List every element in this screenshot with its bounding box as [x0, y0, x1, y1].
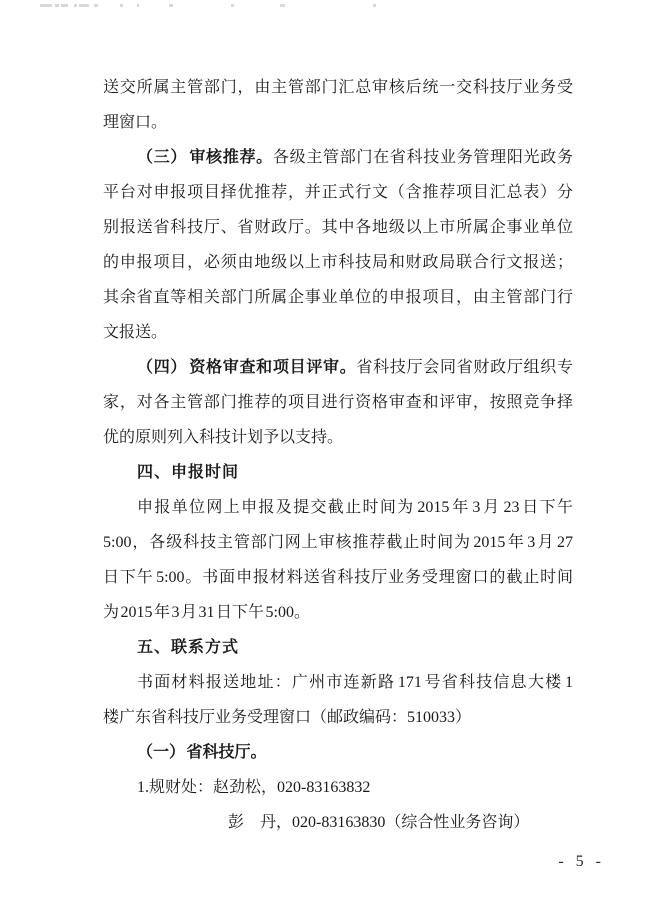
text-run: 平台对申报项目择优推荐，并正式行文（含推荐项目汇总表）分 [103, 184, 573, 201]
text-run: 各级主管部门在省科技业务管理阳光政务 [273, 149, 573, 166]
text-line: 彭 丹，020-83163830（综合性业务咨询） [103, 805, 573, 840]
text-line: 为 2015 年 3 月 31 日下午 5:00。 [103, 595, 573, 630]
text-run: 文报送。 [103, 324, 167, 341]
text-line: （一） 省科技厅。 [103, 735, 573, 770]
document-body: 送交所属主管部门，由主管部门汇总审核后统一交科技厅业务受 理窗口。 （三） 审核… [103, 70, 573, 840]
section-heading-5: 五、联系方式 [137, 639, 239, 656]
text-run: 为 2015 年 3 月 31 日下午 5:00。 [103, 604, 310, 621]
document-page: 送交所属主管部门，由主管部门汇总审核后统一交科技厅业务受 理窗口。 （三） 审核… [0, 0, 650, 918]
text-run: 楼广东省科技厅业务受理窗口（邮政编码：510033） [103, 709, 471, 726]
text-run: 5:00，各级科技主管部门网上审核推荐截止时间为 2015 年 3 月 27 [103, 534, 573, 551]
item-lead-3: （三） 审核推荐。 [137, 149, 273, 166]
text-line: 日下午 5:00。书面申报材料送省科技厅业务受理窗口的截止时间 [103, 560, 573, 595]
text-line: 平台对申报项目择优推荐，并正式行文（含推荐项目汇总表）分 [103, 175, 573, 210]
text-line: 文报送。 [103, 315, 573, 350]
contact-line: 1.规财处：赵劲松，020-83163832 [137, 779, 370, 796]
text-run: 别报送省科技厅、省财政厅。其中各地级以上市所属企事业单位 [103, 219, 573, 236]
text-line: 5:00，各级科技主管部门网上审核推荐截止时间为 2015 年 3 月 27 [103, 525, 573, 560]
text-line: 家，对各主管部门推荐的项目进行资格审查和评审，按照竞争择 [103, 385, 573, 420]
text-line: 其余省直等相关部门所属企事业单位的申报项目，由主管部门行 [103, 280, 573, 315]
text-line: 送交所属主管部门，由主管部门汇总审核后统一交科技厅业务受 [103, 70, 573, 105]
text-line: 1.规财处：赵劲松，020-83163832 [103, 770, 573, 805]
text-run: 申报单位网上申报及提交截止时间为 2015 年 3 月 23 日下午 [137, 499, 573, 516]
text-line: （三） 审核推荐。各级主管部门在省科技业务管理阳光政务 [103, 140, 573, 175]
subsection-heading-1: （一） 省科技厅。 [137, 744, 267, 761]
text-run: 理窗口。 [103, 114, 167, 131]
page-number: - 5 - [558, 853, 605, 871]
text-line: 四、申报时间 [103, 455, 573, 490]
contact-line: 彭 丹，020-83163830（综合性业务咨询） [228, 814, 529, 831]
text-run: 日下午 5:00。书面申报材料送省科技厅业务受理窗口的截止时间 [103, 569, 573, 586]
item-lead-4: （四） 资格审查和项目评审。 [137, 359, 356, 376]
section-heading-4: 四、申报时间 [137, 464, 239, 481]
text-line: 别报送省科技厅、省财政厅。其中各地级以上市所属企事业单位 [103, 210, 573, 245]
text-run: 家，对各主管部门推荐的项目进行资格审查和评审，按照竞争择 [103, 394, 573, 411]
text-line: 楼广东省科技厅业务受理窗口（邮政编码：510033） [103, 700, 573, 735]
scan-artifact [40, 4, 460, 9]
text-run: 其余省直等相关部门所属企事业单位的申报项目，由主管部门行 [103, 289, 573, 306]
text-run: 优的原则列入科技计划予以支持。 [103, 429, 343, 446]
text-line: 的申报项目，必须由地级以上市科技局和财政局联合行文报送； [103, 245, 573, 280]
text-run: 书面材料报送地址：广州市连新路 171 号省科技信息大楼 1 [137, 674, 573, 691]
text-run: 省科技厅会同省财政厅组织专 [356, 359, 573, 376]
text-line: 五、联系方式 [103, 630, 573, 665]
text-run: 的申报项目，必须由地级以上市科技局和财政局联合行文报送； [103, 254, 573, 271]
text-line: 书面材料报送地址：广州市连新路 171 号省科技信息大楼 1 [103, 665, 573, 700]
text-line: （四） 资格审查和项目评审。省科技厅会同省财政厅组织专 [103, 350, 573, 385]
text-line: 优的原则列入科技计划予以支持。 [103, 420, 573, 455]
text-run: 送交所属主管部门，由主管部门汇总审核后统一交科技厅业务受 [103, 79, 573, 96]
text-line: 申报单位网上申报及提交截止时间为 2015 年 3 月 23 日下午 [103, 490, 573, 525]
text-line: 理窗口。 [103, 105, 573, 140]
